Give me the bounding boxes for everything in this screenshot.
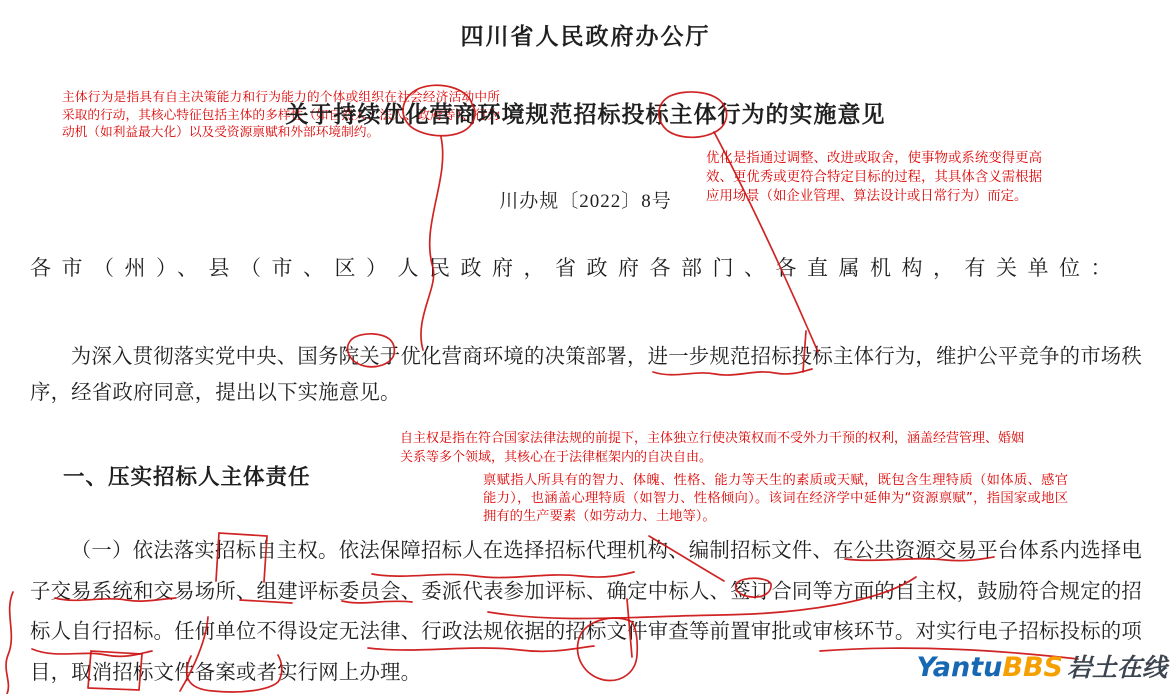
annotation-endowment: 禀赋指人所具有的智力、体魄、性格、能力等天生的素质或天赋，既包含生理特质（如体质… xyxy=(483,472,1068,526)
document-page: 四川省人民政府办公厅 主体行为是指具有自主决策能力和行为能力的个体或组织在社会经… xyxy=(0,0,1171,694)
watermark-logo: YantuBBS岩土在线 xyxy=(916,648,1167,684)
document-title: 关于持续优化营商环境规范招标投标主体行为的实施意见 xyxy=(0,96,1171,129)
watermark-yantu: Yantu xyxy=(916,652,1002,683)
org-title: 四川省人民政府办公厅 xyxy=(0,18,1171,51)
intro-paragraph: 为深入贯彻落实党中央、国务院关于优化营商环境的决策部署，进一步规范招标投标主体行… xyxy=(30,339,1142,411)
salutation-line: 各市（州）、县（市、区）人民政府，省政府各部门、各直属机构，有关单位： xyxy=(30,252,1150,282)
watermark-cn: 岩土在线 xyxy=(1067,653,1167,682)
pen-tail-title-youhua xyxy=(421,137,443,350)
annotation-optimization: 优化是指通过调整、改进或取舍，使事物或系统变得更高效、更优秀或更符合特定目标的过… xyxy=(706,149,1042,206)
annotation-autonomy: 自主权是指在符合国家法律法规的前提下，主体独立行使决策权而不受外力干预的权利，涵… xyxy=(400,429,1024,467)
watermark-bbs: BBS xyxy=(1002,652,1063,683)
section-1-heading: 一、压实招标人主体责任 xyxy=(63,460,311,491)
pen-left-margin-squiggle xyxy=(6,592,13,694)
